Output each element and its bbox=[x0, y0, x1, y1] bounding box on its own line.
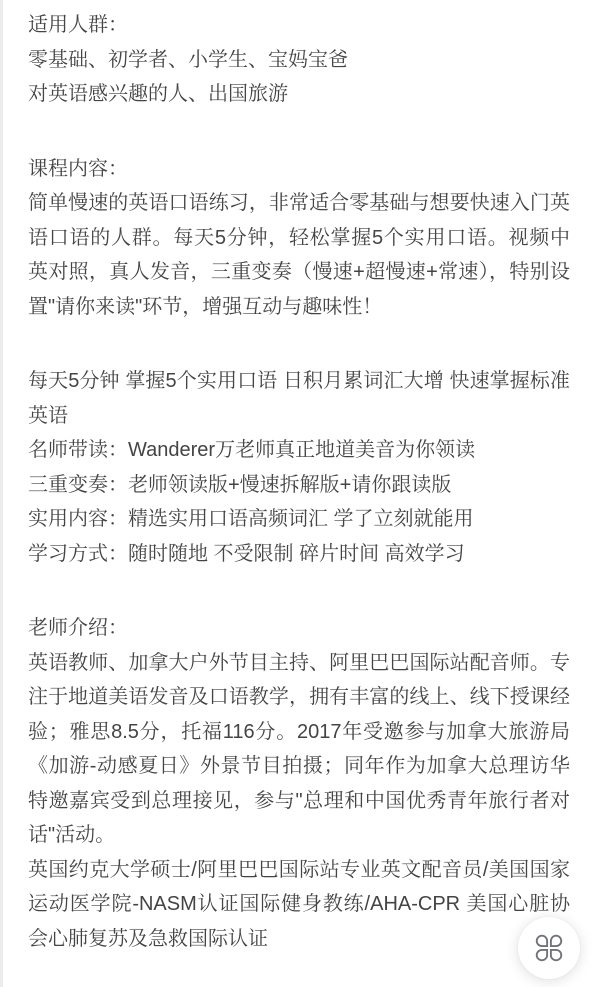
text-line: 零基础、初学者、小学生、宝妈宝爸 bbox=[28, 43, 570, 78]
text-section-highlights: 每天5分钟 掌握5个实用口语 日积月累词汇大增 快速掌握标准英语名师带读：Wan… bbox=[28, 364, 570, 571]
text-line: 实用内容：精选实用口语高频词汇 学了立刻就能用 bbox=[28, 502, 570, 537]
text-line: 每天5分钟 掌握5个实用口语 日积月累词汇大增 快速掌握标准英语 bbox=[28, 364, 570, 433]
page-left-edge bbox=[0, 0, 3, 987]
text-line: 对英语感兴趣的人、出国旅游 bbox=[28, 77, 570, 112]
text-line: 适用人群： bbox=[28, 8, 570, 43]
clover-menu-icon bbox=[532, 931, 566, 965]
text-line: 老师介绍： bbox=[28, 611, 570, 646]
text-line: 简单慢速的英语口语练习，非常适合零基础与想要快速入门英语口语的人群。每天5分钟，… bbox=[28, 186, 570, 324]
text-section-teacher-intro: 老师介绍：英语教师、加拿大户外节目主持、阿里巴巴国际站配音师。专注于地道美语发音… bbox=[28, 611, 570, 956]
text-section-audience: 适用人群：零基础、初学者、小学生、宝妈宝爸对英语感兴趣的人、出国旅游 bbox=[28, 8, 570, 112]
text-line: 学习方式：随时随地 不受限制 碎片时间 高效学习 bbox=[28, 537, 570, 572]
text-line: 课程内容： bbox=[28, 152, 570, 187]
text-line: 英国约克大学硕士/阿里巴巴国际站专业英文配音员/美国国家运动医学院-NASM认证… bbox=[28, 853, 570, 957]
content: 适用人群：零基础、初学者、小学生、宝妈宝爸对英语感兴趣的人、出国旅游课程内容：简… bbox=[0, 0, 597, 956]
text-line: 英语教师、加拿大户外节目主持、阿里巴巴国际站配音师。专注于地道美语发音及口语教学… bbox=[28, 646, 570, 853]
text-line: 名师带读：Wanderer万老师真正地道美音为你领读 bbox=[28, 433, 570, 468]
text-section-course-content: 课程内容：简单慢速的英语口语练习，非常适合零基础与想要快速入门英语口语的人群。每… bbox=[28, 152, 570, 325]
text-line: 三重变奏：老师领读版+慢速拆解版+请你跟读版 bbox=[28, 468, 570, 503]
quick-menu-fab[interactable] bbox=[518, 917, 580, 979]
